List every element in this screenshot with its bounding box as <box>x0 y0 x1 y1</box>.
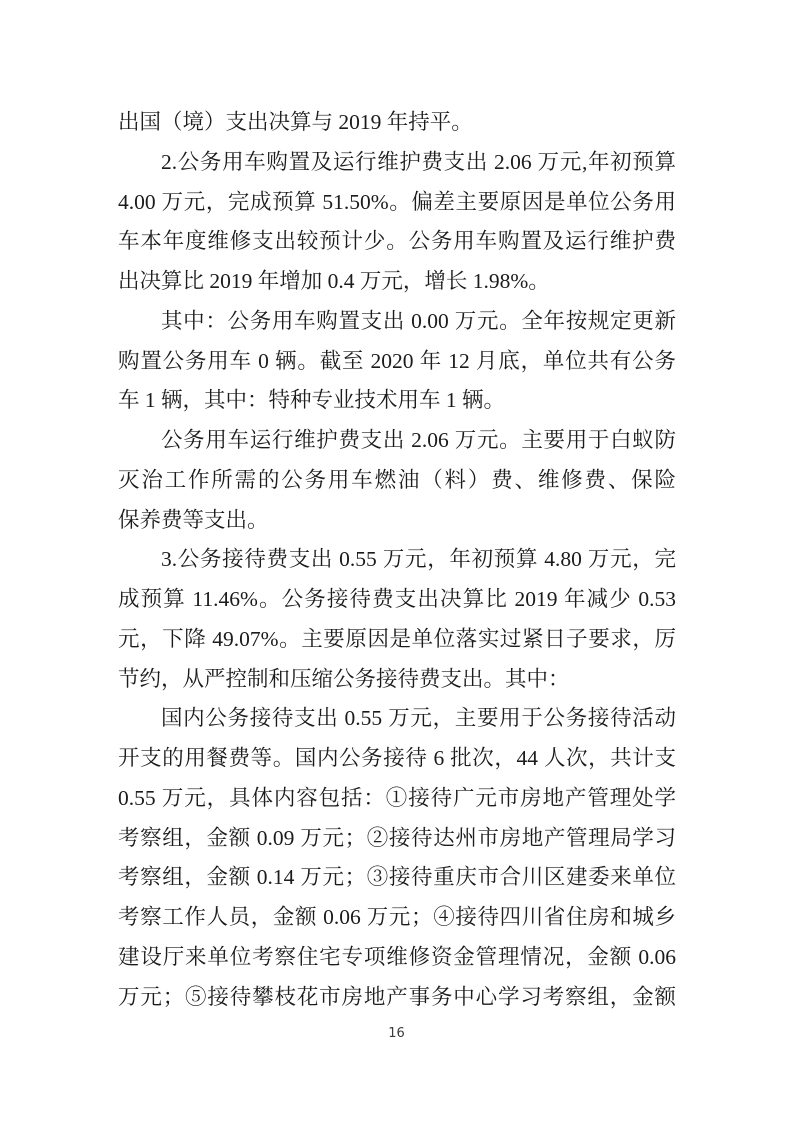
text-line: 出国（境）支出决算与 2019 年持平。 <box>118 103 676 143</box>
text-line: 0.55 万元，具体内容包括：①接待广元市房地产管理处学习 <box>118 779 676 819</box>
text-line: 开支的用餐费等。国内公务接待 6 批次，44 人次，共计支出 <box>118 739 676 779</box>
text-line: 公务用车运行维护费支出 2.06 万元。主要用于白蚁防 <box>118 421 676 461</box>
text-line: 节约，从严控制和压缩公务接待费支出。其中： <box>118 660 676 700</box>
text-line: 车本年度维修支出较预计少。公务用车购置及运行维护费支 <box>118 222 676 262</box>
text-line: 购置公务用车 0 辆。截至 2020 年 12 月底，单位共有公务用 <box>118 342 676 382</box>
text-line: 成预算 11.46%。公务接待费支出决算比 2019 年减少 0.53 万 <box>118 580 676 620</box>
text-line: 3.公务接待费支出 0.55 万元，年初预算 4.80 万元，完 <box>118 540 676 580</box>
text-line: 2.公务用车购置及运行维护费支出 2.06 万元,年初预算 <box>118 143 676 183</box>
text-line: 万元；⑤接待攀枝花市房地产事务中心学习考察组，金额 <box>118 978 676 1018</box>
text-line: 4.00 万元，完成预算 51.50%。偏差主要原因是单位公务用 <box>118 183 676 223</box>
text-line: 建设厅来单位考察住宅专项维修资金管理情况，金额 0.06 <box>118 938 676 978</box>
text-line: 考察组，金额 0.14 万元；③接待重庆市合川区建委来单位 <box>118 858 676 898</box>
text-line: 元，下降 49.07%。主要原因是单位落实过紧日子要求，厉行 <box>118 620 676 660</box>
text-line: 出决算比 2019 年增加 0.4 万元，增长 1.98%。 <box>118 262 676 302</box>
text-line: 考察工作人员，金额 0.06 万元；④接待四川省住房和城乡 <box>118 898 676 938</box>
document-body: 出国（境）支出决算与 2019 年持平。2.公务用车购置及运行维护费支出 2.0… <box>118 103 676 1017</box>
document-page: 出国（境）支出决算与 2019 年持平。2.公务用车购置及运行维护费支出 2.0… <box>0 0 793 1122</box>
page-number: 16 <box>0 1026 793 1041</box>
text-line: 灭治工作所需的公务用车燃油（料）费、维修费、保险费、 <box>118 461 676 501</box>
text-line: 国内公务接待支出 0.55 万元，主要用于公务接待活动 <box>118 699 676 739</box>
text-line: 车 1 辆，其中：特种专业技术用车 1 辆。 <box>118 381 676 421</box>
text-line: 考察组，金额 0.09 万元；②接待达州市房地产管理局学习 <box>118 819 676 859</box>
text-line: 保养费等支出。 <box>118 501 676 541</box>
text-line: 其中：公务用车购置支出 0.00 万元。全年按规定更新 <box>118 302 676 342</box>
